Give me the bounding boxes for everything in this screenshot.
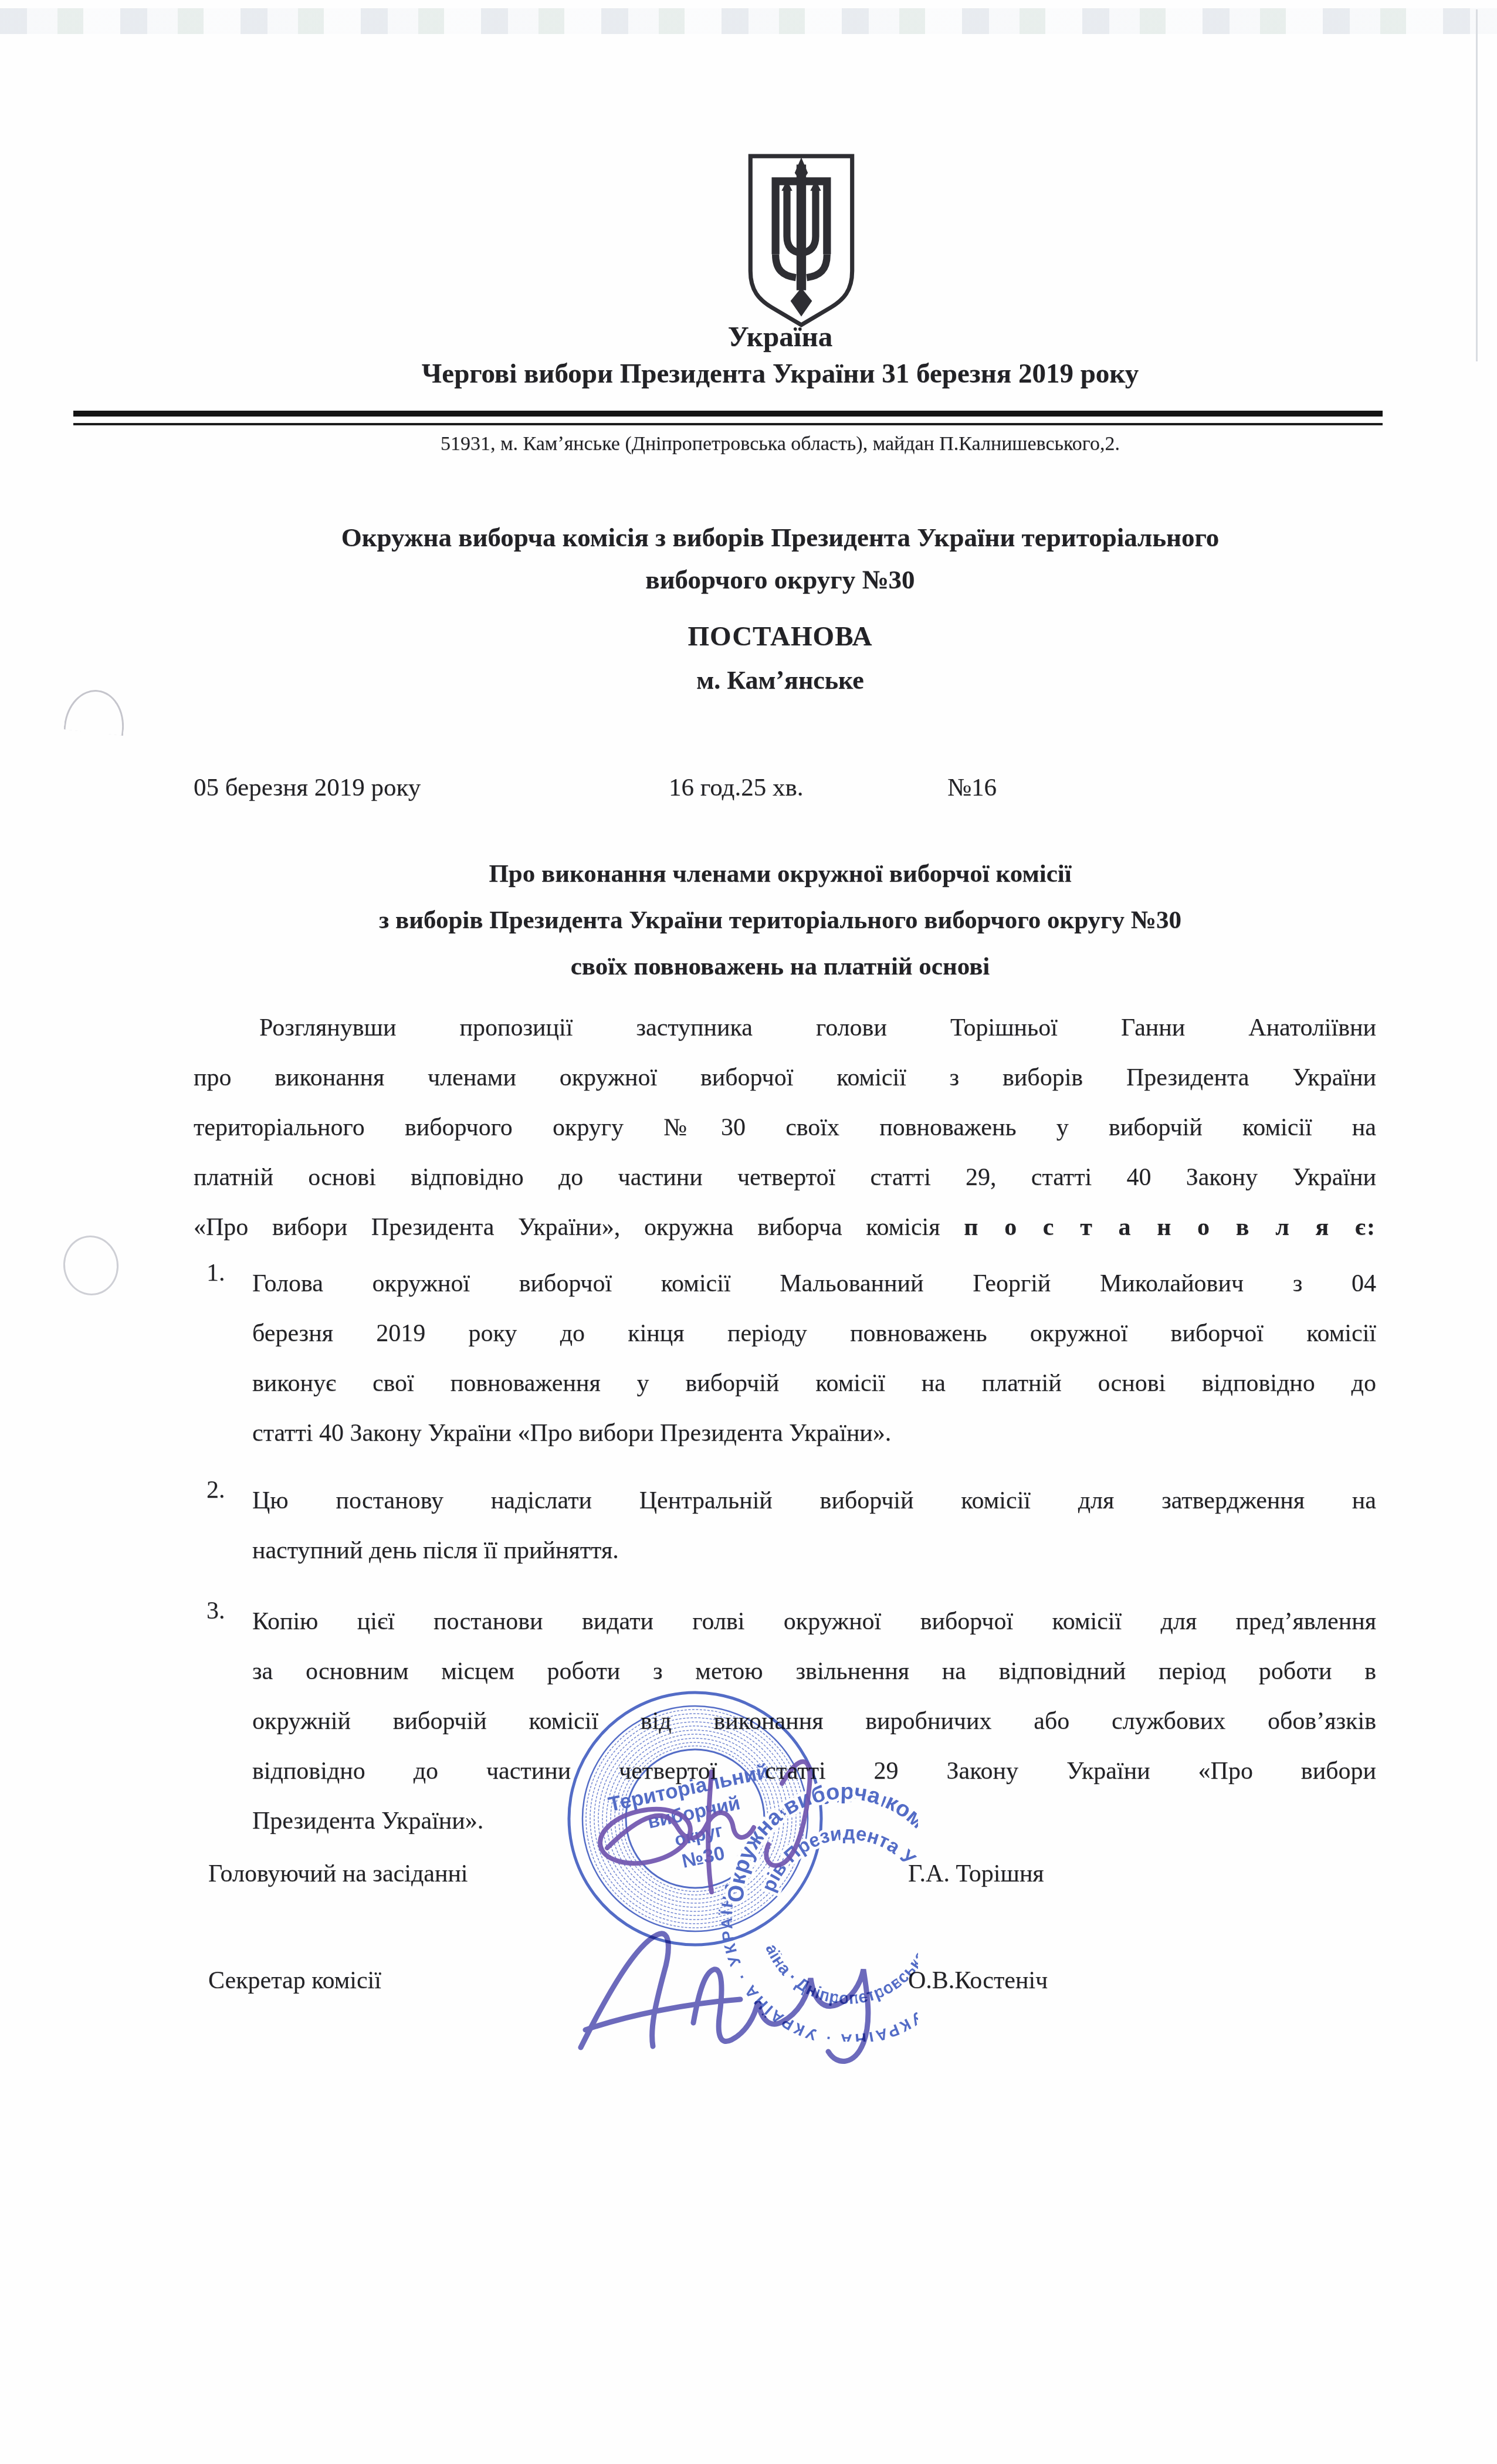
header-rule-thin — [73, 423, 1383, 425]
chair-signature-label: Головуючий на засіданні — [208, 1860, 468, 1888]
country-title: Україна — [65, 320, 1496, 353]
document-city: м. Камʼянське — [65, 665, 1496, 695]
item-line: наступний день після її прийняття. — [252, 1526, 1376, 1576]
ukraine-trident-emblem-icon — [737, 151, 866, 331]
commission-name: Окружна виборча комісія з виборів Презид… — [65, 516, 1496, 601]
item-line: статті 40 Закону України «Про вибори Пре… — [252, 1409, 1376, 1458]
paragraph-line: платній основі відповідно до частини чет… — [194, 1153, 1376, 1203]
subject-heading: Про виконання членами окружної виборчої … — [65, 851, 1496, 990]
paragraph-line: про виконання членами окружної виборчої … — [194, 1053, 1376, 1103]
item-line: виконує свої повноваження у виборчій ком… — [252, 1359, 1376, 1409]
item-number: 1. — [206, 1259, 225, 1287]
paragraph-line: Розглянувши пропозиції заступника голови… — [194, 1003, 1376, 1053]
secretary-signature-ink — [510, 1836, 933, 2083]
commission-name-line1: Окружна виборча комісія з виборів Презид… — [65, 516, 1496, 559]
meta-row: 05 березня 2019 року 16 год.25 хв. №16 — [65, 773, 1496, 808]
subject-line2: з виборів Президента України територіаль… — [65, 897, 1496, 943]
resolution-item: Голова окружної виборчої комісії Мальова… — [252, 1259, 1376, 1458]
resolution-item: Цю постанову надіслати Центральній вибор… — [252, 1476, 1376, 1576]
paragraph-line: територіального виборчого округу №30 сво… — [194, 1103, 1376, 1153]
document-number: №16 — [947, 773, 997, 802]
commission-address: 51931, м. Камʼянське (Дніпропетровська о… — [65, 433, 1496, 455]
document-time: 16 год.25 хв. — [669, 773, 804, 802]
document-date: 05 березня 2019 року — [194, 773, 421, 802]
item-line: березня 2019 року до кінця періоду повно… — [252, 1309, 1376, 1359]
resolves-keyword: п о с т а н о в л я є: — [964, 1214, 1376, 1241]
header-rule-thick — [73, 411, 1383, 417]
scanned-document-page: Україна Чергові вибори Президента Україн… — [0, 0, 1497, 2464]
election-title: Чергові вибори Президента України 31 бер… — [65, 358, 1496, 390]
item-number: 3. — [206, 1597, 225, 1625]
paragraph-line: «Про вибори Президента України», окружна… — [194, 1203, 1376, 1253]
item-line: Голова окружної виборчої комісії Мальова… — [252, 1259, 1376, 1309]
item-number: 2. — [206, 1476, 225, 1504]
subject-line1: Про виконання членами окружної виборчої … — [65, 851, 1496, 897]
preamble-paragraph: Розглянувши пропозиції заступника голови… — [194, 1003, 1376, 1253]
document-type: ПОСТАНОВА — [65, 621, 1496, 652]
commission-name-line2: виборчого округу №30 — [65, 559, 1496, 601]
subject-line3: своїх повноважень на платній основі — [65, 943, 1496, 990]
secretary-signature-label: Секретар комісії — [208, 1967, 381, 1995]
paragraph-line-text: «Про вибори Президента України», окружна… — [194, 1214, 964, 1241]
item-line: Цю постанову надіслати Центральній вибор… — [252, 1476, 1376, 1526]
